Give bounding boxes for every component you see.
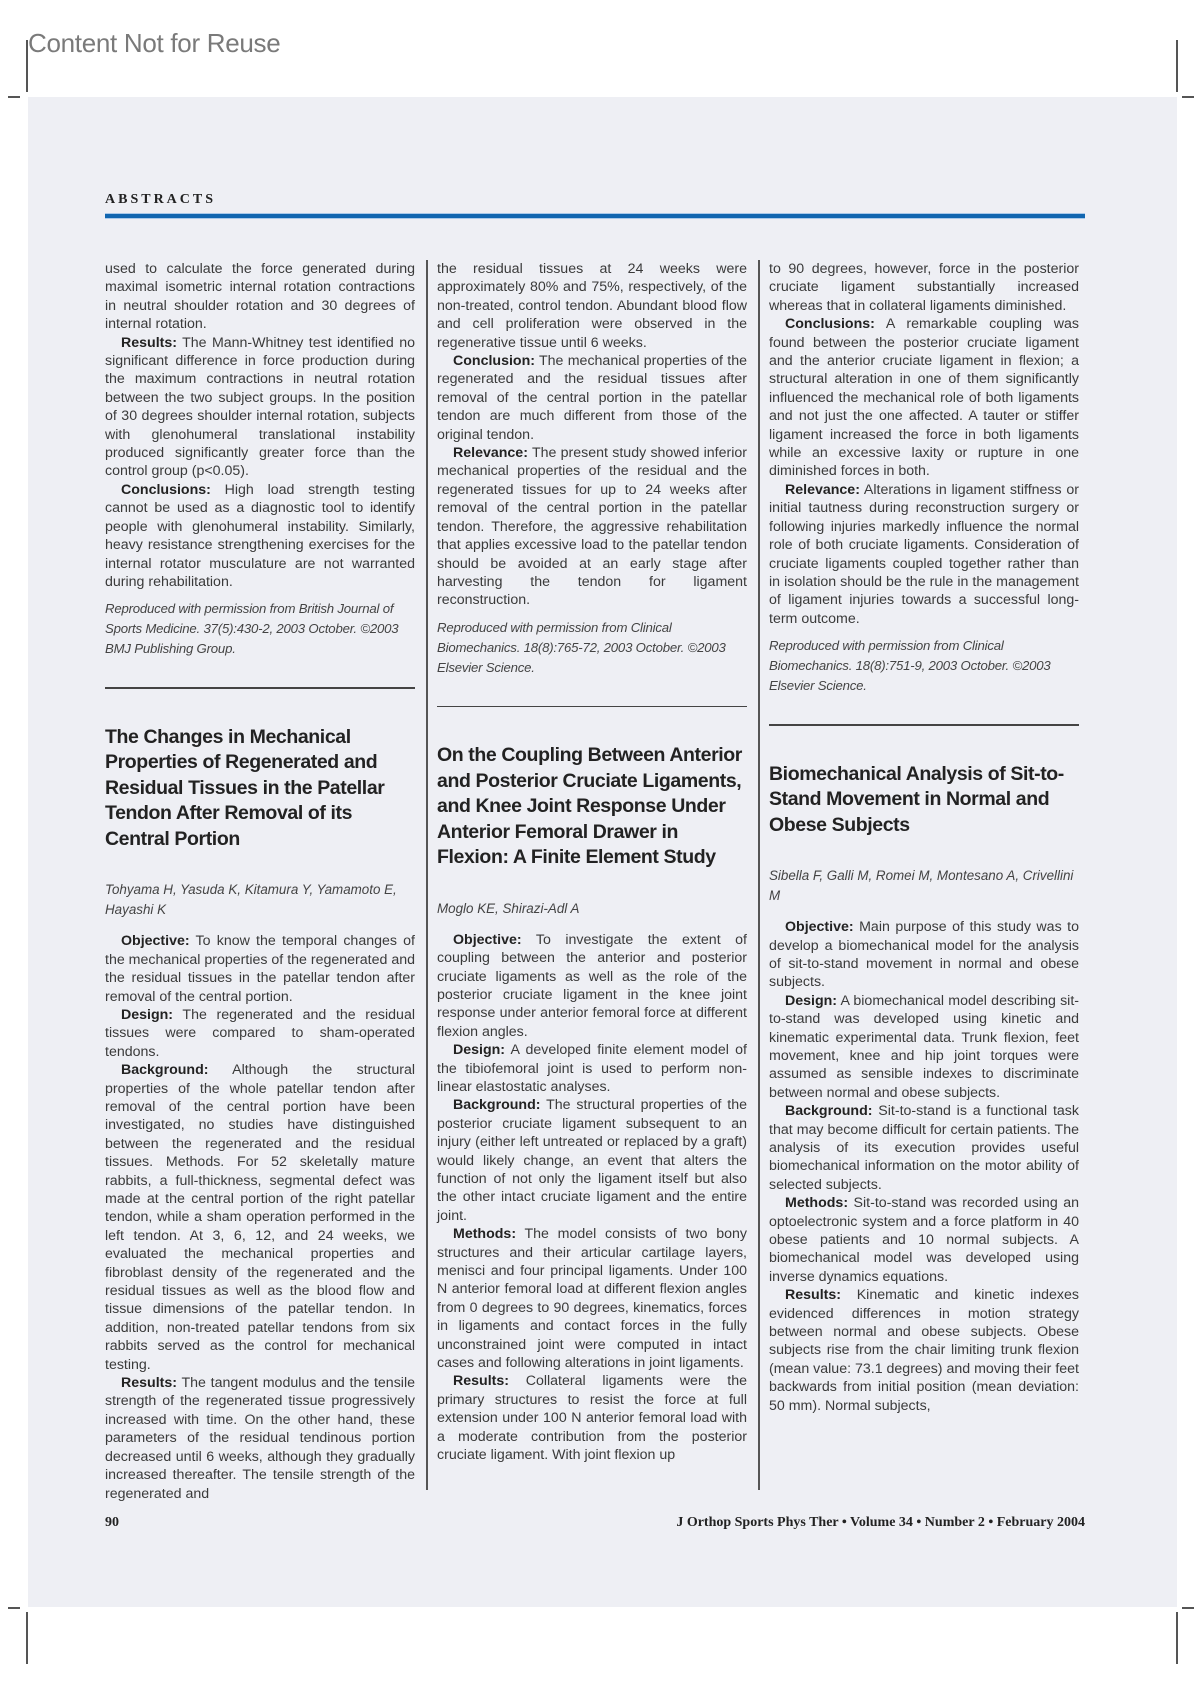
article-authors: Moglo KE, Shirazi-Adl A bbox=[437, 899, 747, 919]
abstract-paragraph: Methods: Sit-to-stand was recorded using… bbox=[769, 1194, 1079, 1286]
article-title: Biomechanical Analysis of Sit-to-Stand M… bbox=[769, 762, 1079, 839]
relevance-text: The present study showed inferior mechan… bbox=[437, 445, 747, 608]
journal-citation: J Orthop Sports Phys Ther • Volume 34 • … bbox=[676, 1515, 1085, 1531]
results-label: Results: bbox=[121, 335, 177, 351]
column-divider bbox=[758, 260, 760, 1490]
results-label: Results: bbox=[453, 1373, 509, 1389]
column-2: the residual tissues at 24 weeks were ap… bbox=[437, 260, 747, 1465]
abstract-paragraph: used to calculate the force generated du… bbox=[105, 260, 415, 334]
crop-mark bbox=[1182, 96, 1194, 98]
methods-text: The model consists of two bony structure… bbox=[437, 1226, 747, 1371]
abstract-paragraph: Results: Collateral ligaments were the p… bbox=[437, 1372, 747, 1464]
abstract-paragraph: Methods: The model consists of two bony … bbox=[437, 1225, 747, 1372]
article-title: The Changes in Mechanical Properties of … bbox=[105, 725, 415, 853]
abstract-paragraph: Background: Sit-to-stand is a functional… bbox=[769, 1102, 1079, 1194]
permission-credit: Reproduced with permission from Clinical… bbox=[437, 618, 747, 678]
methods-label: Methods: bbox=[453, 1226, 516, 1242]
abstract-paragraph: Background: The structural properties of… bbox=[437, 1096, 747, 1225]
article-authors: Sibella F, Galli M, Romei M, Montesano A… bbox=[769, 866, 1079, 906]
results-label: Results: bbox=[785, 1287, 841, 1303]
article-separator bbox=[769, 724, 1079, 726]
article-title: On the Coupling Between Anterior and Pos… bbox=[437, 743, 747, 871]
relevance-label: Relevance: bbox=[453, 445, 528, 461]
conclusion-label: Conclusion: bbox=[453, 353, 535, 369]
conclusions-text: A remarkable coupling was found between … bbox=[769, 316, 1079, 479]
column-3: to 90 degrees, however, force in the pos… bbox=[769, 260, 1079, 1415]
abstract-paragraph: Relevance: Alterations in ligament stiff… bbox=[769, 481, 1079, 628]
section-heading: ABSTRACTS bbox=[105, 192, 216, 208]
page-number: 90 bbox=[105, 1515, 119, 1531]
header-rule bbox=[105, 214, 1085, 218]
crop-mark bbox=[26, 40, 28, 92]
abstract-paragraph: Design: The regenerated and the residual… bbox=[105, 1006, 415, 1061]
abstract-paragraph: Conclusions: High load strength testing … bbox=[105, 481, 415, 591]
crop-mark bbox=[1182, 1607, 1194, 1609]
crop-mark bbox=[8, 96, 20, 98]
abstract-paragraph: Objective: Main purpose of this study wa… bbox=[769, 918, 1079, 992]
objective-label: Objective: bbox=[121, 933, 190, 949]
conclusions-label: Conclusions: bbox=[785, 316, 875, 332]
design-label: Design: bbox=[121, 1007, 173, 1023]
background-label: Background: bbox=[121, 1062, 209, 1078]
permission-credit: Reproduced with permission from Clinical… bbox=[769, 636, 1079, 696]
abstract-paragraph: to 90 degrees, however, force in the pos… bbox=[769, 260, 1079, 315]
crop-mark bbox=[8, 1607, 20, 1609]
abstract-paragraph: the residual tissues at 24 weeks were ap… bbox=[437, 260, 747, 352]
permission-credit: Reproduced with permission from British … bbox=[105, 599, 415, 659]
background-text: The structural properties of the posteri… bbox=[437, 1097, 747, 1223]
background-label: Background: bbox=[453, 1097, 541, 1113]
abstract-paragraph: Results: The Mann-Whitney test identifie… bbox=[105, 334, 415, 481]
results-text: The tangent modulus and the tensile stre… bbox=[105, 1375, 415, 1501]
background-label: Background: bbox=[785, 1103, 873, 1119]
crop-mark bbox=[1176, 1612, 1178, 1664]
crop-mark bbox=[26, 1612, 28, 1664]
objective-label: Objective: bbox=[453, 932, 522, 948]
abstract-paragraph: Objective: To investigate the extent of … bbox=[437, 931, 747, 1041]
methods-label: Methods: bbox=[785, 1195, 848, 1211]
journal-page: ABSTRACTS used to calculate the force ge… bbox=[28, 97, 1177, 1607]
background-text: Although the structural properties of th… bbox=[105, 1062, 415, 1373]
article-separator bbox=[437, 706, 747, 708]
abstract-paragraph: Relevance: The present study showed infe… bbox=[437, 444, 747, 610]
watermark: Content Not for Reuse bbox=[28, 28, 280, 59]
relevance-text: Alterations in ligament stiffness or ini… bbox=[769, 482, 1079, 627]
design-label: Design: bbox=[785, 993, 837, 1009]
objective-label: Objective: bbox=[785, 919, 854, 935]
conclusions-label: Conclusions: bbox=[121, 482, 211, 498]
abstract-paragraph: Conclusions: A remarkable coupling was f… bbox=[769, 315, 1079, 481]
column-divider bbox=[426, 260, 428, 1490]
abstract-paragraph: Background: Although the structural prop… bbox=[105, 1061, 415, 1374]
abstract-paragraph: Objective: To know the temporal changes … bbox=[105, 932, 415, 1006]
abstract-paragraph: Design: A developed finite element model… bbox=[437, 1041, 747, 1096]
abstract-paragraph: Design: A biomechanical model describing… bbox=[769, 992, 1079, 1102]
column-1: used to calculate the force generated du… bbox=[105, 260, 415, 1503]
abstract-paragraph: Results: The tangent modulus and the ten… bbox=[105, 1374, 415, 1503]
results-text: Kinematic and kinetic indexes evidenced … bbox=[769, 1287, 1079, 1413]
article-authors: Tohyama H, Yasuda K, Kitamura Y, Yamamot… bbox=[105, 880, 415, 920]
conclusions-text: High load strength testing cannot be use… bbox=[105, 482, 415, 590]
relevance-label: Relevance: bbox=[785, 482, 860, 498]
results-label: Results: bbox=[121, 1375, 177, 1391]
article-separator bbox=[105, 687, 415, 689]
design-label: Design: bbox=[453, 1042, 505, 1058]
abstract-paragraph: Results: Kinematic and kinetic indexes e… bbox=[769, 1286, 1079, 1415]
crop-mark bbox=[1176, 40, 1178, 92]
abstract-paragraph: Conclusion: The mechanical properties of… bbox=[437, 352, 747, 444]
results-text: The Mann-Whitney test identified no sign… bbox=[105, 335, 415, 480]
